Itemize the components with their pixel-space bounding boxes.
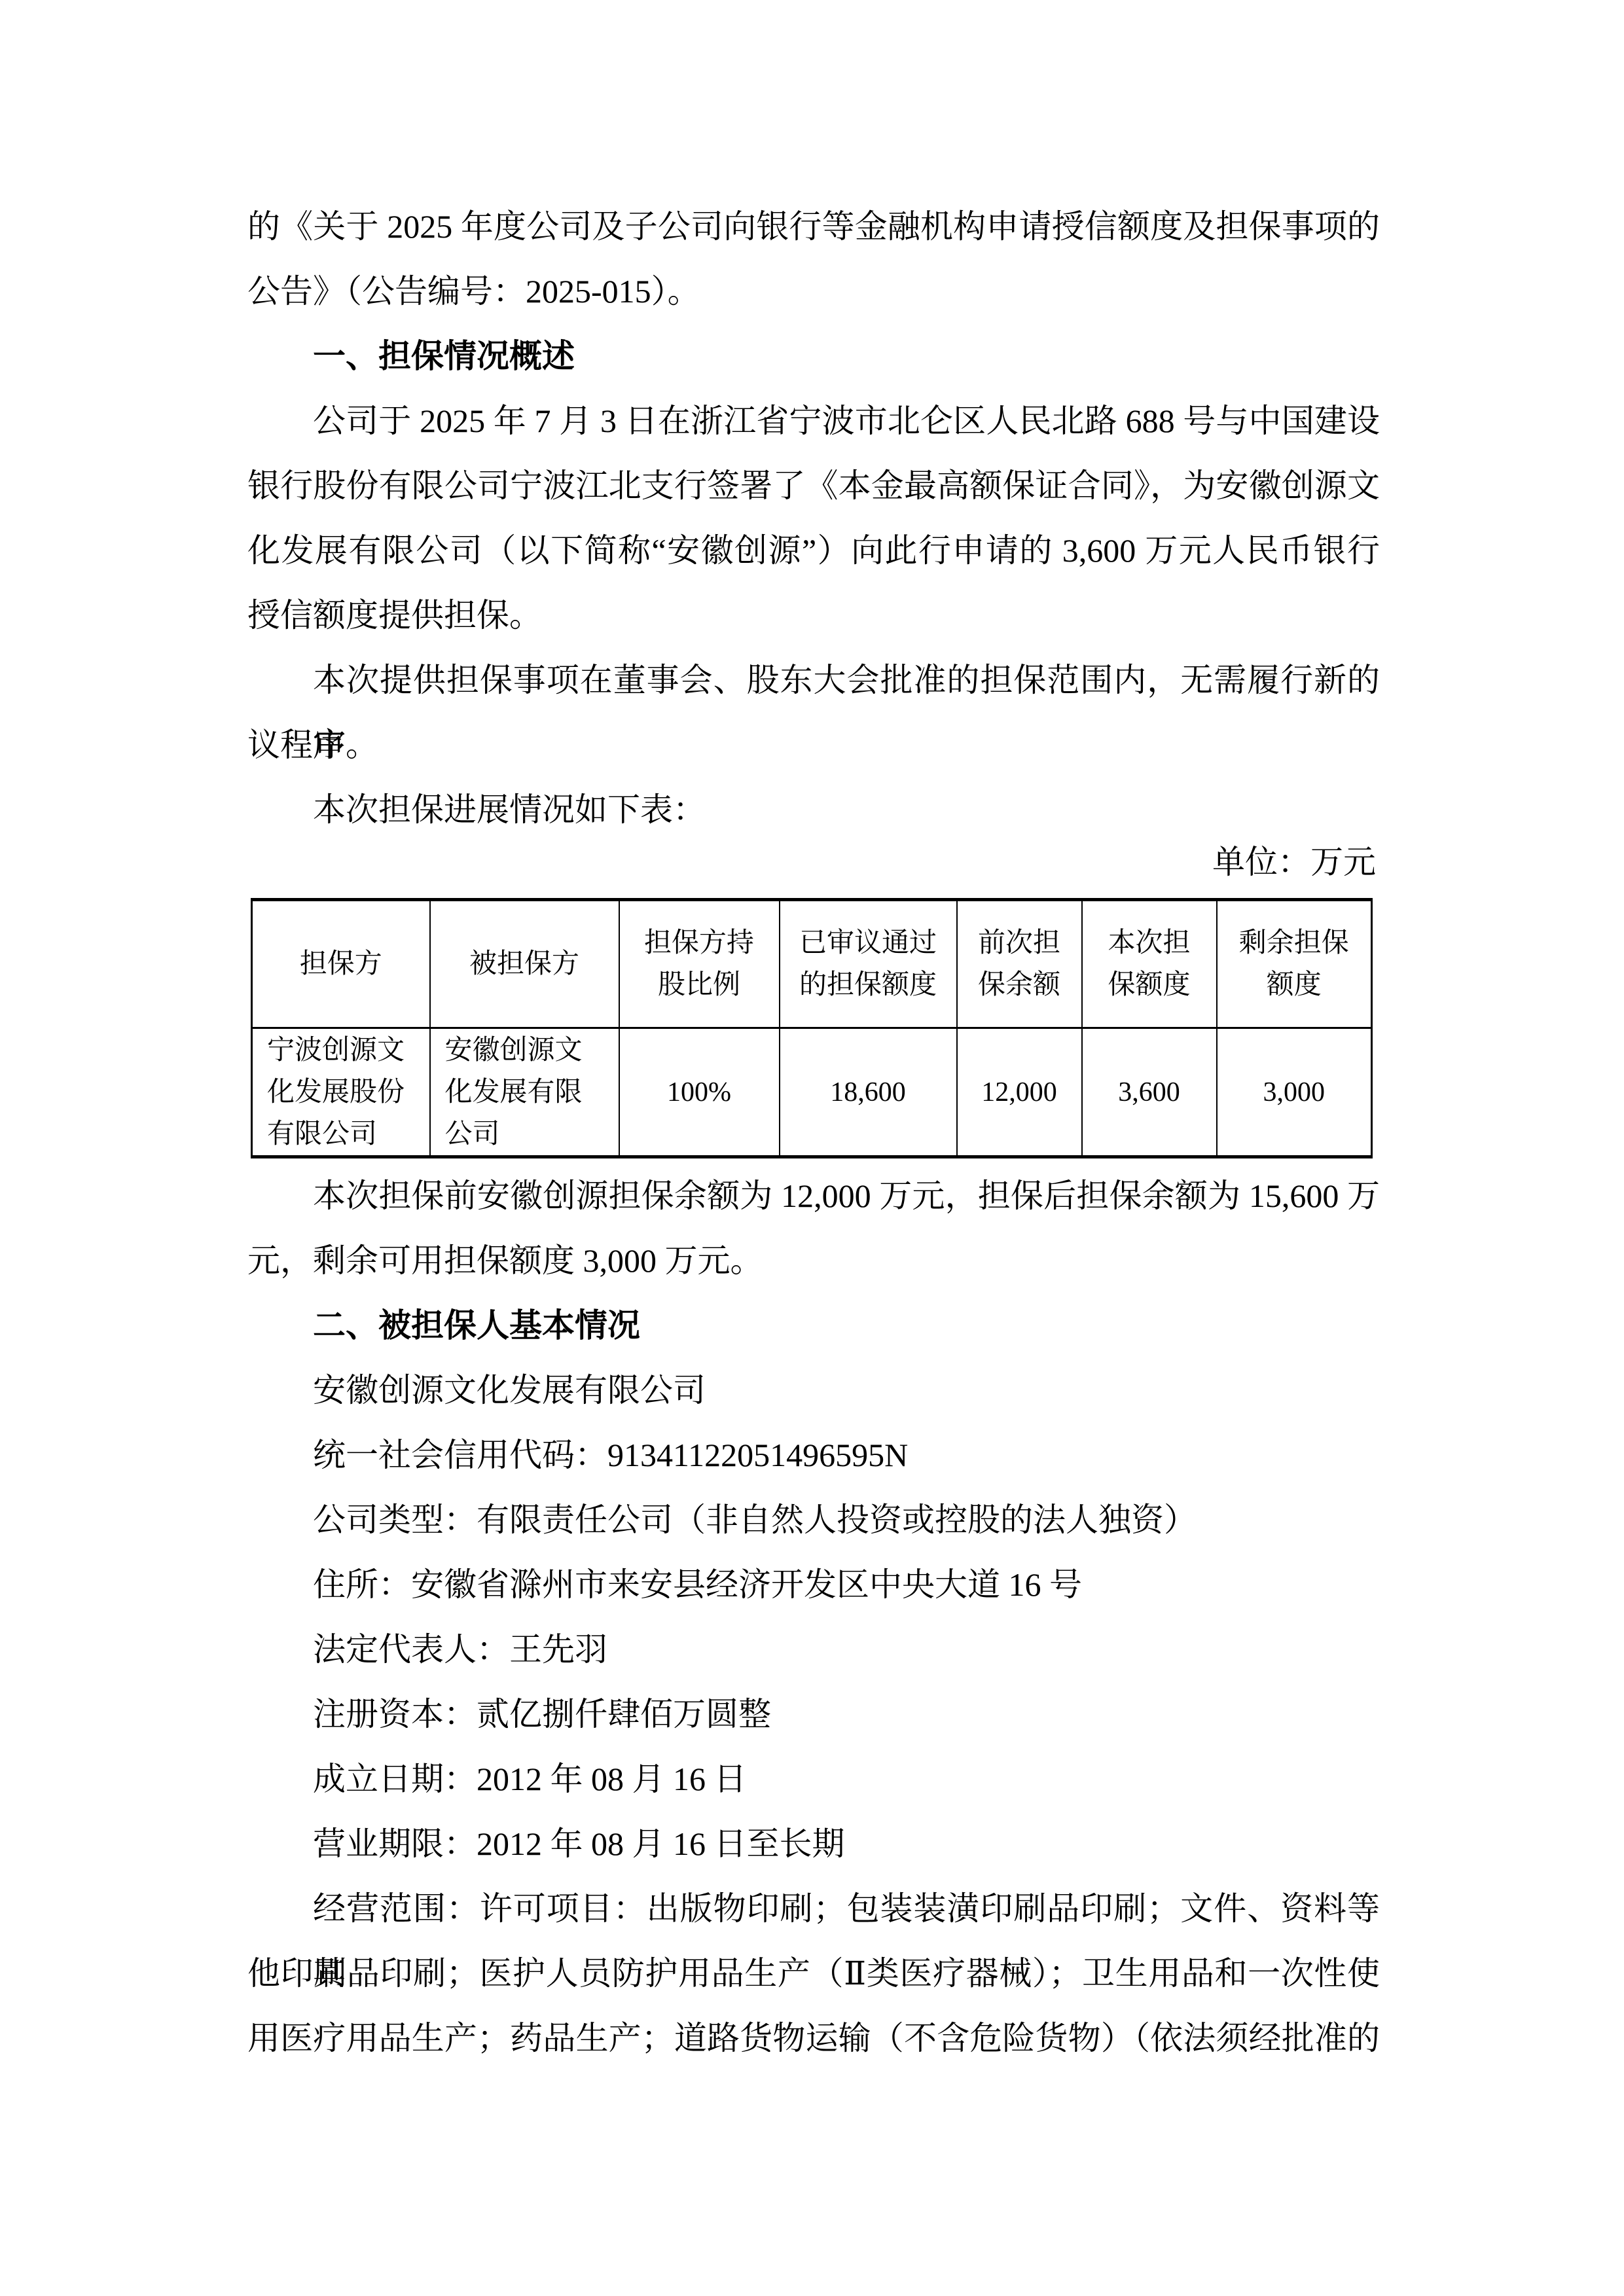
table-header-cell: 被担保方 bbox=[430, 900, 619, 1028]
guarantee-progress-table: 担保方被担保方担保方持 股比例已审议通过 的担保额度前次担 保余额本次担 保额度… bbox=[251, 898, 1373, 1158]
text-line: 用医疗用品生产；药品生产；道路货物运输（不含危险货物）（依法须经批准的 bbox=[247, 2006, 1380, 2071]
text-line: 银行股份有限公司宁波江北支行签署了《本金最高额保证合同》，为安徽创源文 bbox=[247, 454, 1380, 518]
table-cell: 宁波创源文 化发展股份 有限公司 bbox=[252, 1028, 430, 1157]
table-unit-label: 单位：万元 bbox=[247, 842, 1380, 898]
table-header-cell: 担保方持 股比例 bbox=[619, 900, 780, 1028]
section-heading: 一、担保情况概述 bbox=[247, 324, 1380, 389]
text-line: 他印刷品印刷；医护人员防护用品生产（Ⅱ类医疗器械）；卫生用品和一次性使 bbox=[247, 1941, 1380, 2006]
text-line: 注册资本：贰亿捌仟肆佰万圆整 bbox=[247, 1682, 1380, 1747]
table-cell: 安徽创源文 化发展有限 公司 bbox=[430, 1028, 619, 1157]
text-line: 公告》（公告编号：2025-015）。 bbox=[247, 259, 1380, 324]
text-line: 化发展有限公司（以下简称“安徽创源”）向此行申请的 3,600 万元人民币银行 bbox=[247, 518, 1380, 583]
text-line: 成立日期：2012 年 08 月 16 日 bbox=[247, 1747, 1380, 1812]
table-body: 宁波创源文 化发展股份 有限公司安徽创源文 化发展有限 公司100%18,600… bbox=[252, 1028, 1372, 1157]
text-line: 住所：安徽省滁州市来安县经济开发区中央大道 16 号 bbox=[247, 1552, 1380, 1617]
text-line: 公司于 2025 年 7 月 3 日在浙江省宁波市北仑区人民北路 688 号与中… bbox=[247, 389, 1380, 454]
table-header-cell: 前次担 保余额 bbox=[957, 900, 1082, 1028]
table-row: 宁波创源文 化发展股份 有限公司安徽创源文 化发展有限 公司100%18,600… bbox=[252, 1028, 1372, 1157]
text-line: 议程序。 bbox=[247, 713, 1380, 778]
section-guaranteed-party-info: 本次担保前安徽创源担保余额为 12,000 万元，担保后担保余额为 15,600… bbox=[247, 1164, 1380, 2071]
section-guarantee-overview: 的《关于 2025 年度公司及子公司向银行等金融机构申请授信额度及担保事项的公告… bbox=[247, 194, 1380, 842]
table-cell: 3,600 bbox=[1082, 1028, 1217, 1157]
text-line: 统一社会信用代码：91341122051496595N bbox=[247, 1423, 1380, 1488]
text-line: 安徽创源文化发展有限公司 bbox=[247, 1358, 1380, 1423]
document-content: 的《关于 2025 年度公司及子公司向银行等金融机构申请授信额度及担保事项的公告… bbox=[247, 194, 1380, 2071]
text-line: 元，剩余可用担保额度 3,000 万元。 bbox=[247, 1229, 1380, 1293]
document-page: 的《关于 2025 年度公司及子公司向银行等金融机构申请授信额度及担保事项的公告… bbox=[0, 0, 1624, 2296]
text-line: 公司类型：有限责任公司（非自然人投资或控股的法人独资） bbox=[247, 1488, 1380, 1552]
text-line: 授信额度提供担保。 bbox=[247, 583, 1380, 648]
table-header-cell: 本次担 保额度 bbox=[1082, 900, 1217, 1028]
section-heading: 二、被担保人基本情况 bbox=[247, 1293, 1380, 1358]
text-line: 本次担保前安徽创源担保余额为 12,000 万元，担保后担保余额为 15,600… bbox=[247, 1164, 1380, 1229]
table-header-cell: 已审议通过 的担保额度 bbox=[780, 900, 957, 1028]
table-cell: 100% bbox=[619, 1028, 780, 1157]
text-line: 营业期限：2012 年 08 月 16 日至长期 bbox=[247, 1812, 1380, 1876]
table-cell: 18,600 bbox=[780, 1028, 957, 1157]
table-header-row: 担保方被担保方担保方持 股比例已审议通过 的担保额度前次担 保余额本次担 保额度… bbox=[252, 900, 1372, 1028]
table-cell: 12,000 bbox=[957, 1028, 1082, 1157]
text-line: 的《关于 2025 年度公司及子公司向银行等金融机构申请授信额度及担保事项的 bbox=[247, 194, 1380, 259]
text-line: 经营范围：许可项目：出版物印刷；包装装潢印刷品印刷；文件、资料等其 bbox=[247, 1876, 1380, 1941]
table-header-cell: 剩余担保 额度 bbox=[1217, 900, 1372, 1028]
text-line: 本次提供担保事项在董事会、股东大会批准的担保范围内，无需履行新的审 bbox=[247, 648, 1380, 713]
table-cell: 3,000 bbox=[1217, 1028, 1372, 1157]
text-line: 法定代表人：王先羽 bbox=[247, 1617, 1380, 1682]
text-line: 本次担保进展情况如下表： bbox=[247, 778, 1380, 842]
table-header-cell: 担保方 bbox=[252, 900, 430, 1028]
